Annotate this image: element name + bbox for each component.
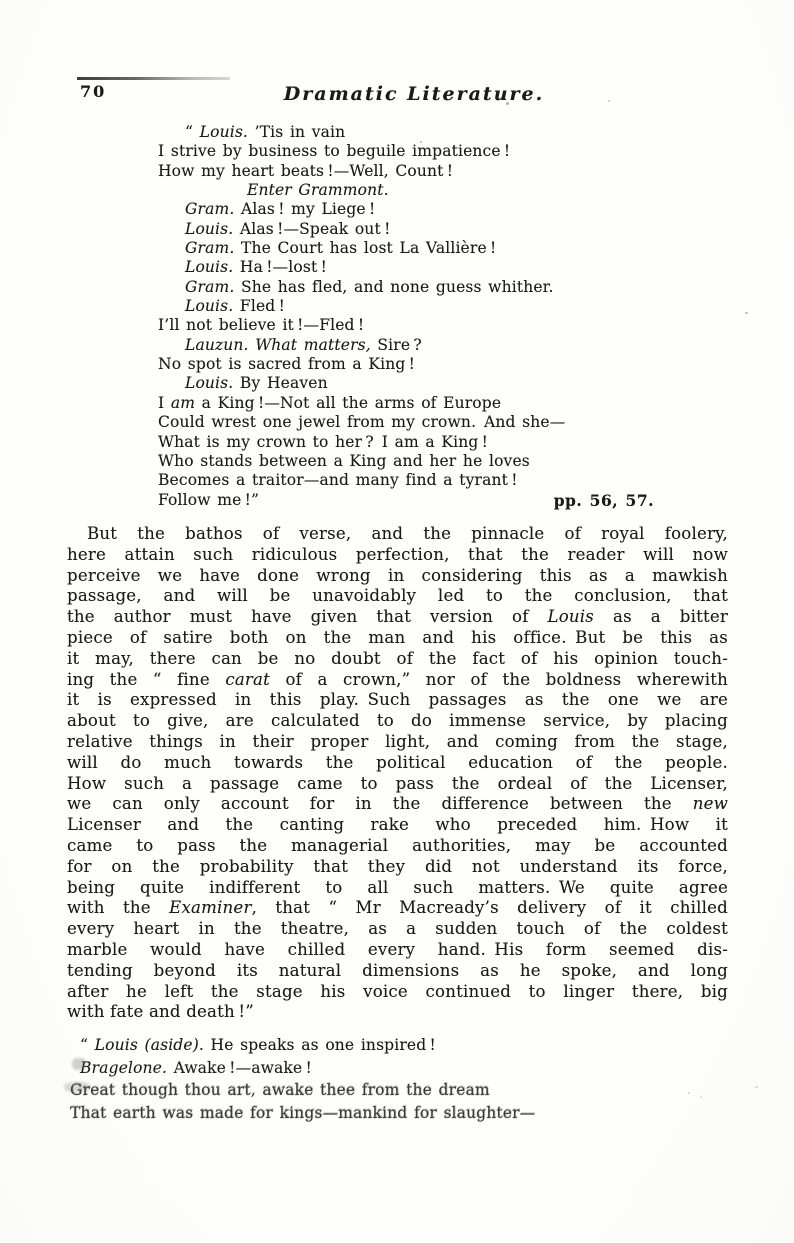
scan-speck [745, 312, 748, 314]
text-line: That earth was made for kings—mankind fo… [70, 1102, 690, 1125]
running-title: Dramatic Literature. [284, 83, 544, 105]
text-line: Licenser and the canting rake who preced… [67, 815, 728, 836]
text-line: will do much towards the political educa… [67, 753, 728, 774]
text-line: Who stands between a King and her he lov… [158, 452, 654, 471]
text-line: Louis. By Heaven [158, 374, 654, 393]
text-line: relative things in their proper light, a… [67, 732, 728, 753]
text-line: passage, and will be unavoidably led to … [67, 586, 728, 607]
text-line: came to pass the managerial authorities,… [67, 836, 728, 857]
text-line: with fate and death !” [67, 1002, 728, 1023]
scan-speck [688, 1092, 690, 1094]
scan-speck [755, 1086, 758, 1088]
text-line: I strive by business to beguile impatien… [158, 142, 654, 161]
scan-smudge [64, 1082, 90, 1092]
text-line: we can only account for in the differenc… [67, 794, 728, 815]
text-line: Louis. Ha !—lost ! [158, 258, 654, 277]
text-line: How such a passage came to pass the orde… [67, 774, 728, 795]
text-line: No spot is sacred from a King ! [158, 355, 654, 374]
text-line: about to give, are calculated to do imme… [67, 711, 728, 732]
text-line: “ Louis (aside). He speaks as one inspir… [70, 1034, 690, 1057]
text-line: for on the probability that they did not… [67, 857, 728, 878]
text-line: perceive we have done wrong in consideri… [67, 566, 728, 587]
text-line: Lauzun. What matters, Sire ? [158, 336, 654, 355]
text-line: Great though thou art, awake thee from t… [70, 1079, 690, 1102]
text-line: ing the “ fine carat of a crown,” nor of… [67, 670, 728, 691]
header-rule [77, 77, 230, 80]
text-line: with the Examiner, that “ Mr Macready’s … [67, 898, 728, 919]
text-line: Bragelone. Awake !—awake ! [70, 1057, 690, 1080]
text-line: marble would have chilled every hand. Hi… [67, 940, 728, 961]
page-citation: pp. 56, 57. [554, 491, 654, 510]
page-number: 70 [80, 82, 106, 101]
text-line: I’ll not believe it !—Fled ! [158, 316, 654, 335]
text-line: being quite indifferent to all such matt… [67, 878, 728, 899]
text-line: How my heart beats !—Well, Count ! [158, 162, 654, 181]
text-line: it may, there can be no doubt of the fac… [67, 649, 728, 670]
text-line: Gram. The Court has lost La Vallière ! [158, 239, 654, 258]
body-paragraph: But the bathos of verse, and the pinnacl… [67, 524, 728, 1023]
scan-speck [700, 1096, 702, 1098]
text-line: Gram. Alas ! my Liege ! [158, 200, 654, 219]
text-line: every heart in the theatre, as a sudden … [67, 919, 728, 940]
verse-quote: “ Louis. ’Tis in vainI strive by busines… [158, 123, 654, 510]
closing-verse: “ Louis (aside). He speaks as one inspir… [70, 1034, 690, 1124]
text-line: Louis. Fled ! [158, 297, 654, 316]
text-line: it is expressed in this play. Such passa… [67, 690, 728, 711]
text-line: here attain such ridiculous perfection, … [67, 545, 728, 566]
text-line: the author must have given that version … [67, 607, 728, 628]
text-line: after he left the stage his voice contin… [67, 982, 728, 1003]
text-line: tending beyond its natural dimensions as… [67, 961, 728, 982]
text-line: Louis. Alas !—Speak out ! [158, 220, 654, 239]
text-line: What is my crown to her ? I am a King ! [158, 433, 654, 452]
text-line: But the bathos of verse, and the pinnacl… [67, 524, 728, 545]
text-line: Enter Grammont. [158, 181, 654, 200]
scan-smudge [72, 1058, 86, 1070]
scan-speck [608, 100, 610, 102]
text-line: piece of satire both on the man and his … [67, 628, 728, 649]
text-line: Follow me !”pp. 56, 57. [158, 491, 654, 510]
scan-speck [420, 141, 422, 143]
text-line: Becomes a traitor—and many find a tyrant… [158, 471, 654, 490]
scan-speck [506, 102, 509, 105]
text-line: I am a King !—Not all the arms of Europe [158, 394, 654, 413]
text-line: Could wrest one jewel from my crown. And… [158, 413, 654, 432]
text-line: “ Louis. ’Tis in vain [158, 123, 654, 142]
text-line: Gram. She has fled, and none guess whith… [158, 278, 654, 297]
